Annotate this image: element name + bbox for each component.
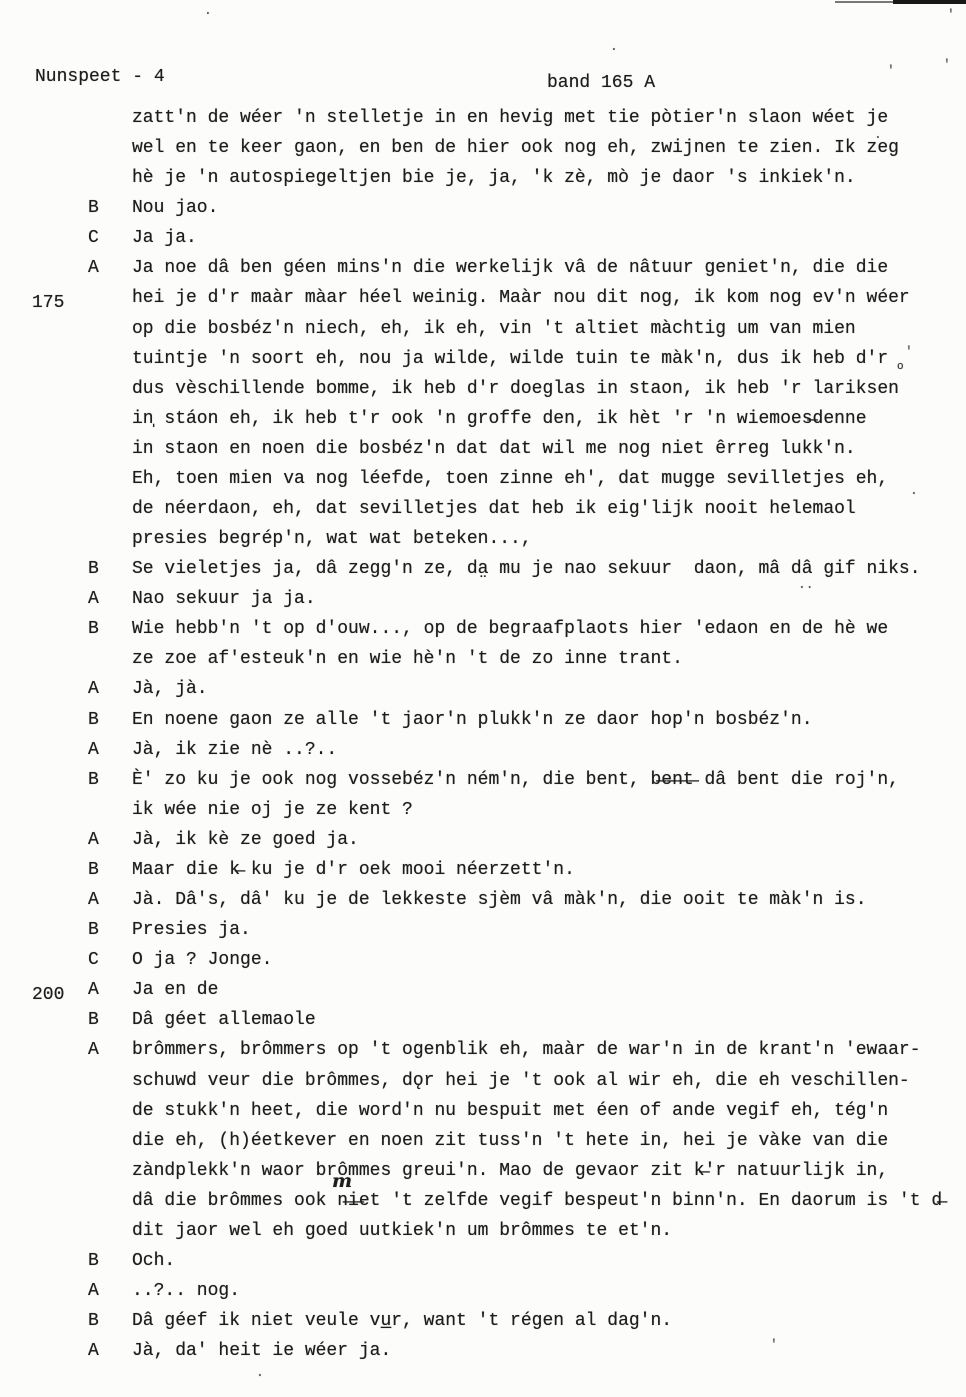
line-text: dâ die brômmes ook n̶i̶et 't zelfde vegi…	[132, 1186, 942, 1216]
scan-speck: '	[947, 8, 955, 21]
line-text: schuwd veur die brômmes, dǫr hei je 't o…	[132, 1066, 910, 1096]
speaker-label: B	[88, 1306, 99, 1336]
scan-speck: '	[770, 1338, 778, 1351]
transcript-line: BMaar die k̶ ku je d'r oek mooi néerzett…	[0, 855, 966, 885]
speaker-label: C	[88, 945, 99, 975]
line-text: hei je d'r maàr màar héel weinig. Maàr n…	[132, 283, 910, 313]
scan-speck: '	[943, 58, 951, 71]
transcript-line: AJà, ik kè ze goed ja.	[0, 825, 966, 855]
line-text: Och.	[132, 1246, 175, 1276]
speaker-label: B	[88, 614, 99, 644]
transcript-line: wel en te keer gaon, en ben de hier ook …	[0, 133, 966, 163]
line-text: Dâ géef ik niet veule vu̲r, want 't rége…	[132, 1306, 672, 1336]
speaker-label: B	[88, 915, 99, 945]
line-text: O ja ? Jonge.	[132, 945, 272, 975]
transcript-line: in̩ stáon eh, ik heb t'r ook 'n groffe d…	[0, 404, 966, 434]
transcript-line: BPresies ja.	[0, 915, 966, 945]
transcript-line: zatt'n de wéer 'n stelletje in en hevig …	[0, 103, 966, 133]
speaker-label: B	[88, 193, 99, 223]
scan-speck: .	[204, 4, 212, 17]
transcript-line: BSe vieletjes ja, dâ zegg'n ze, da̤ mu j…	[0, 554, 966, 584]
scan-speck: .	[910, 484, 918, 497]
speaker-label: B	[88, 705, 99, 735]
speaker-label: A	[88, 825, 99, 855]
line-text: zatt'n de wéer 'n stelletje in en hevig …	[132, 103, 888, 133]
transcript-body: zatt'n de wéer 'n stelletje in en hevig …	[0, 103, 966, 1366]
line-text: dit jaor wel eh goed uutkiek'n um brômme…	[132, 1216, 672, 1246]
line-text: zàndplekk'n waor brômmes greui'n. Mao de…	[132, 1156, 888, 1186]
line-text: Jà, da' heit ie wéer ja.	[132, 1336, 391, 1366]
correction-ring-mark: o	[897, 362, 904, 373]
line-text: Nou jao.	[132, 193, 218, 223]
line-text: Maar die k̶ ku je d'r oek mooi néerzett'…	[132, 855, 575, 885]
scan-speck: .	[610, 40, 618, 53]
line-text: brômmers, brômmers op 't ogenblik eh, ma…	[132, 1035, 921, 1065]
line-text: in̩ stáon eh, ik heb t'r ook 'n groffe d…	[132, 404, 867, 434]
transcript-line: de néerdaon, eh, dat sevilletjes dat heb…	[0, 494, 966, 524]
transcript-line: 200AJa en de	[0, 975, 966, 1005]
line-text: tuintje 'n soort eh, nou ja wilde, wilde…	[132, 344, 888, 374]
transcript-line: Eh, toen mien va nog léefde, toen zinne …	[0, 464, 966, 494]
line-text: die eh, (h)éetkever en noen zit tuss'n '…	[132, 1126, 888, 1156]
transcript-line: AJa noe dâ ben géen mins'n die werkelijk…	[0, 253, 966, 283]
scan-edge-artifact	[835, 1, 897, 3]
speaker-label: B	[88, 554, 99, 584]
transcript-line: ANao sekuur ja ja.	[0, 584, 966, 614]
speaker-label: A	[88, 584, 99, 614]
speaker-label: B	[88, 855, 99, 885]
transcript-line: Abrômmers, brômmers op 't ogenblik eh, m…	[0, 1035, 966, 1065]
document-page: Nunspeet - 4 band 165 A zatt'n de wéer '…	[0, 0, 966, 1397]
transcript-line: dit jaor wel eh goed uutkiek'n um brômme…	[0, 1216, 966, 1246]
transcript-line: hè je 'n autospiegeltjen bie je, ja, 'k …	[0, 163, 966, 193]
line-text: dus vèschillende bomme, ik heb d'r doegl…	[132, 374, 899, 404]
transcript-line: zàndplekk'n waor brômmes greui'n. Mao de…	[0, 1156, 966, 1186]
line-text: En noene gaon ze alle 't jaor'n plukk'n …	[132, 705, 813, 735]
speaker-label: B	[88, 765, 99, 795]
line-text: Jà, ik zie nè ..?..	[132, 735, 337, 765]
diacritic-mark: ..	[798, 578, 814, 591]
line-text: Presies ja.	[132, 915, 251, 945]
speaker-label: A	[88, 1035, 99, 1065]
transcript-line: presies begrép'n, wat wat beteken...,	[0, 524, 966, 554]
scan-speck: '	[905, 345, 913, 358]
transcript-line: CJa ja.	[0, 223, 966, 253]
transcript-line: ze zoe af'esteuk'n en wie hè'n 't de zo …	[0, 644, 966, 674]
transcript-line: de stukk'n heet, die word'n nu bespuit m…	[0, 1096, 966, 1126]
transcript-line: schuwd veur die brômmes, dǫr hei je 't o…	[0, 1066, 966, 1096]
transcript-line: die eh, (h)éetkever en noen zit tuss'n '…	[0, 1126, 966, 1156]
line-text: presies begrép'n, wat wat beteken...,	[132, 524, 532, 554]
scan-edge-artifact	[893, 0, 966, 4]
line-text: Ja en de	[132, 975, 218, 1005]
transcript-line: dâ die brômmes ook n̶i̶et 't zelfde vegi…	[0, 1186, 966, 1216]
line-text: ..?.. nog.	[132, 1276, 240, 1306]
speaker-label: A	[88, 1336, 99, 1366]
speaker-label: A	[88, 1276, 99, 1306]
line-text: hè je 'n autospiegeltjen bie je, ja, 'k …	[132, 163, 856, 193]
speaker-label: B	[88, 1246, 99, 1276]
scan-speck: .	[256, 1366, 264, 1379]
line-text: Jà. Dâ's, dâ' ku je de lekkeste sjèm vâ …	[132, 885, 867, 915]
transcript-line: A..?.. nog.	[0, 1276, 966, 1306]
transcript-line: in staon en noen die bosbéz'n dat dat wi…	[0, 434, 966, 464]
line-text: de stukk'n heet, die word'n nu bespuit m…	[132, 1096, 888, 1126]
transcript-line: dus vèschillende bomme, ik heb d'r doegl…	[0, 374, 966, 404]
transcript-line: BDâ géef ik niet veule vu̲r, want 't rég…	[0, 1306, 966, 1336]
transcript-line: AJà, ik zie nè ..?..	[0, 735, 966, 765]
line-text: op die bosbéz'n niech, eh, ik eh, vin 't…	[132, 314, 856, 344]
speaker-label: A	[88, 975, 99, 1005]
line-text: Ja ja.	[132, 223, 197, 253]
handwritten-correction-m: m	[332, 1172, 352, 1191]
line-text: Wie hebb'n 't op d'ouw..., op de begraaf…	[132, 614, 888, 644]
page-header-location: Nunspeet - 4	[35, 67, 165, 87]
transcript-line: BNou jao.	[0, 193, 966, 223]
transcript-line: BWie hebb'n 't op d'ouw..., op de begraa…	[0, 614, 966, 644]
line-text: Jà, ik kè ze goed ja.	[132, 825, 359, 855]
line-text: Nao sekuur ja ja.	[132, 584, 316, 614]
speaker-label: A	[88, 253, 99, 283]
page-header-tape-label: band 165 A	[547, 73, 655, 93]
transcript-line: BDâ géet allemaole	[0, 1005, 966, 1035]
scan-speck: .	[874, 128, 882, 141]
speaker-label: B	[88, 1005, 99, 1035]
transcript-line: tuintje 'n soort eh, nou ja wilde, wilde…	[0, 344, 966, 374]
transcript-line: ik wée nie oj je ze kent ?	[0, 795, 966, 825]
transcript-line: AJà, da' heit ie wéer ja.	[0, 1336, 966, 1366]
line-text: wel en te keer gaon, en ben de hier ook …	[132, 133, 899, 163]
line-text: in staon en noen die bosbéz'n dat dat wi…	[132, 434, 856, 464]
transcript-line: 175hei je d'r maàr màar héel weinig. Maà…	[0, 283, 966, 313]
speaker-label: A	[88, 674, 99, 704]
line-text: Jà, jà.	[132, 674, 208, 704]
transcript-line: CO ja ? Jonge.	[0, 945, 966, 975]
line-text: Dâ géet allemaole	[132, 1005, 316, 1035]
transcript-line: AJà. Dâ's, dâ' ku je de lekkeste sjèm vâ…	[0, 885, 966, 915]
transcript-line: AJà, jà.	[0, 674, 966, 704]
speaker-label: C	[88, 223, 99, 253]
line-text: Ja noe dâ ben géen mins'n die werkelijk …	[132, 253, 888, 283]
line-text: de néerdaon, eh, dat sevilletjes dat heb…	[132, 494, 856, 524]
line-text: ze zoe af'esteuk'n en wie hè'n 't de zo …	[132, 644, 683, 674]
scan-speck: '	[887, 64, 895, 77]
line-text: È' zo ku je ook nog vossebéz'n ném'n, di…	[132, 765, 899, 795]
speaker-label: A	[88, 885, 99, 915]
line-text: Eh, toen mien va nog léefde, toen zinne …	[132, 464, 888, 494]
transcript-line: op die bosbéz'n niech, eh, ik eh, vin 't…	[0, 314, 966, 344]
transcript-line: BÈ' zo ku je ook nog vossebéz'n ném'n, d…	[0, 765, 966, 795]
transcript-line: BEn noene gaon ze alle 't jaor'n plukk'n…	[0, 705, 966, 735]
transcript-line: BOch.	[0, 1246, 966, 1276]
speaker-label: A	[88, 735, 99, 765]
line-text: ik wée nie oj je ze kent ?	[132, 795, 413, 825]
